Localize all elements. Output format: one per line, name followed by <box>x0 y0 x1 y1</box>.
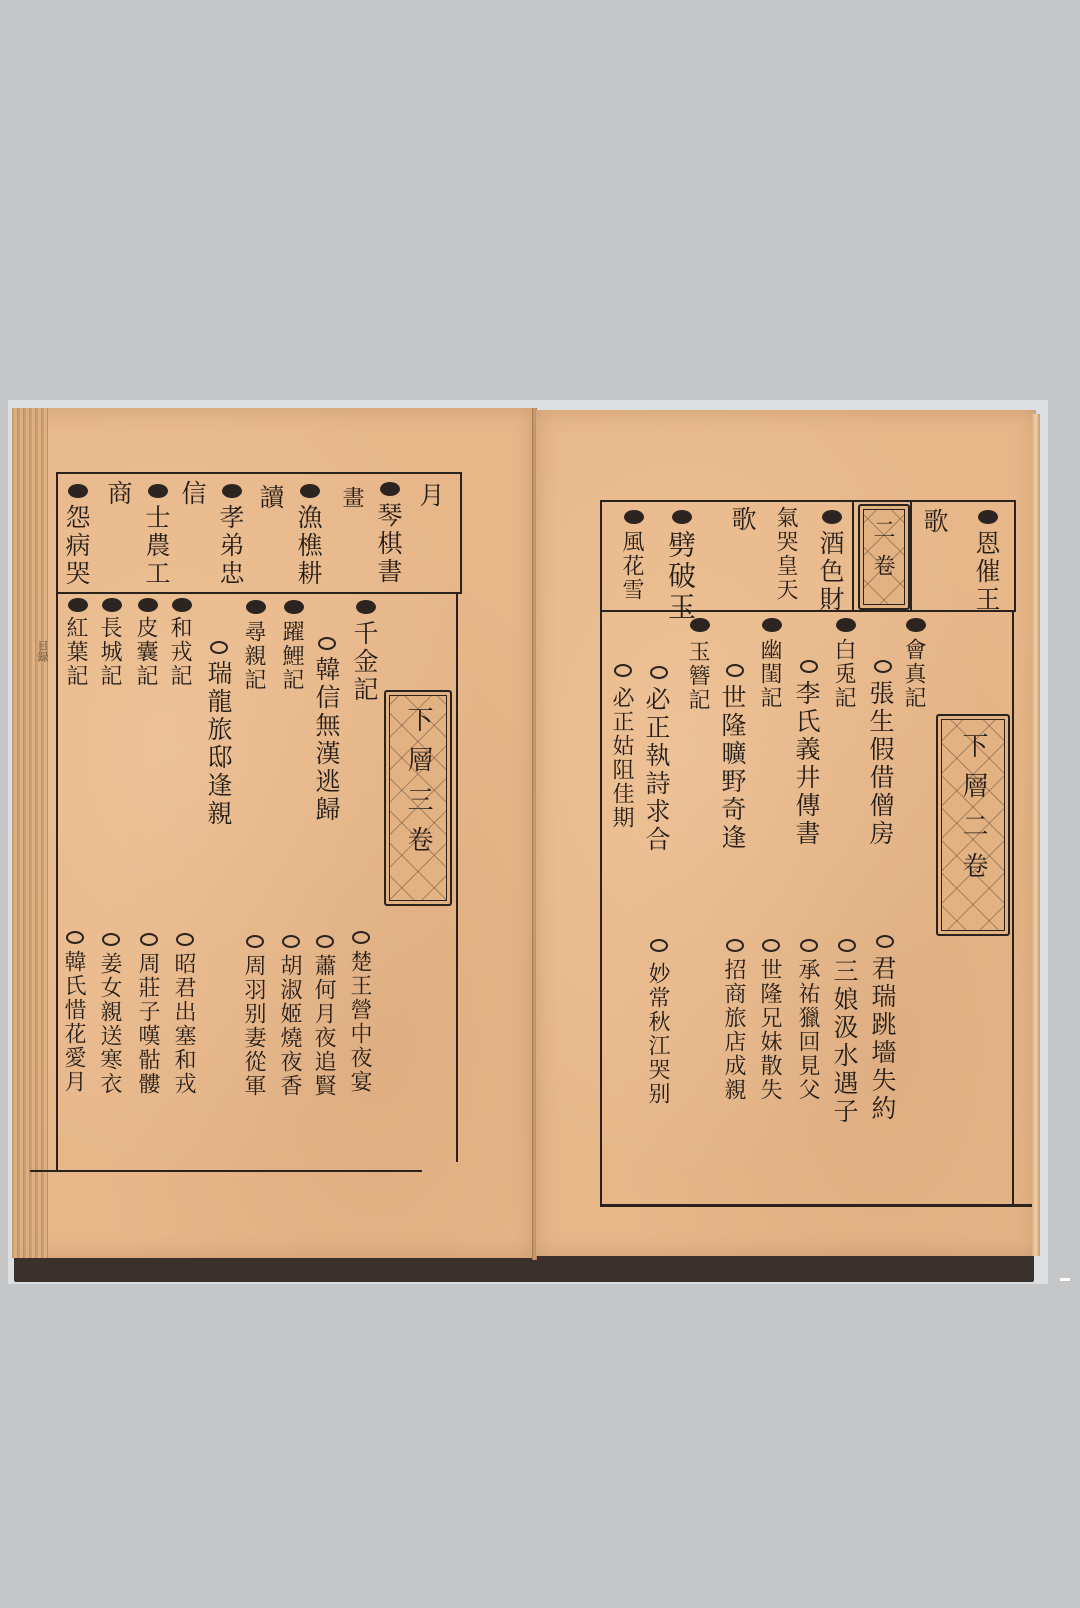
ring-marker <box>352 931 370 944</box>
bullet-marker <box>102 598 122 612</box>
right-low-col-2: 三娘汲水遇子 <box>832 958 857 1126</box>
ring-marker <box>614 664 632 677</box>
right-mid-col-5: 幽閨記 <box>758 638 780 710</box>
bullet-marker <box>906 618 926 632</box>
bullet-marker <box>222 484 242 498</box>
bullet-marker <box>624 510 644 524</box>
left-mid-col-2: 韓信無漢逃歸 <box>314 656 339 824</box>
ring-marker <box>762 939 780 952</box>
left-upper-col-8: 士農工 <box>144 504 169 588</box>
ring-marker <box>246 935 264 948</box>
bullet-marker <box>246 600 266 614</box>
left-low-col-2: 蕭何月夜追賢 <box>312 954 334 1098</box>
bullet-marker <box>836 618 856 632</box>
left-upper-divider <box>56 592 460 594</box>
left-low-col-4: 周羽别妻從軍 <box>242 954 264 1098</box>
ring-marker <box>140 933 158 946</box>
ring-marker <box>800 939 818 952</box>
bullet-marker <box>284 600 304 614</box>
right-page-edge <box>1032 414 1040 1256</box>
ring-marker <box>102 933 120 946</box>
ring-marker <box>874 660 892 673</box>
left-upper-col-6: 孝弟忠 <box>218 504 243 588</box>
ring-marker <box>316 935 334 948</box>
bullet-marker <box>978 510 998 524</box>
left-mid-col-7: 皮囊記 <box>134 616 156 688</box>
cartouche-label: 二卷 <box>871 518 893 590</box>
volume-cartouche-lower-2: 下層二卷 <box>936 714 1010 936</box>
volume-cartouche-lower-3: 下層三卷 <box>384 690 452 906</box>
bullet-marker <box>148 484 168 498</box>
left-upper-col-4: 漁樵耕 <box>296 504 321 588</box>
ring-marker <box>282 935 300 948</box>
left-low-col-1: 楚王營中夜宴 <box>348 950 370 1094</box>
bullet-marker <box>762 618 782 632</box>
bullet-marker <box>172 598 192 612</box>
right-upper-col-6: 劈破玉 <box>666 530 694 623</box>
right-low-col-6: 妙常秋江哭别 <box>646 962 668 1106</box>
right-frame-left-rule <box>600 610 602 1204</box>
bullet-marker <box>68 484 88 498</box>
left-low-col-8: 韓氏惜花愛月 <box>62 950 84 1094</box>
right-mid-col-8: 必正執詩求合 <box>644 686 669 854</box>
cartouche-label: 下層二卷 <box>960 732 986 892</box>
left-upper-col-10: 怨病哭 <box>64 504 89 588</box>
ring-marker <box>726 664 744 677</box>
ring-marker <box>838 939 856 952</box>
right-mid-col-9: 必正姑阻佳期 <box>610 686 632 830</box>
left-upper-col-5: 讀 <box>258 484 283 512</box>
bullet-marker <box>68 598 88 612</box>
ring-marker <box>726 939 744 952</box>
left-low-col-5: 昭君出塞和戎 <box>172 952 194 1096</box>
right-upper-frame <box>600 500 1016 612</box>
scan-edge-mark <box>1060 1278 1070 1281</box>
bullet-marker <box>138 598 158 612</box>
left-upper-col-2: 琴棋書 <box>376 502 401 586</box>
left-mid-col-9: 紅葉記 <box>64 616 86 688</box>
ring-marker <box>650 666 668 679</box>
right-upper-col-1: 恩催王 <box>974 530 999 614</box>
left-upper-col-7: 信 <box>180 480 205 508</box>
left-mid-col-4: 尋親記 <box>242 620 264 692</box>
bullet-marker <box>690 618 710 632</box>
volume-cartouche-upper-2: 二卷 <box>858 504 910 610</box>
right-mid-col-6: 世隆曠野奇逢 <box>720 684 745 852</box>
right-low-col-4: 世隆兄妹散失 <box>758 958 780 1102</box>
left-mid-col-5: 瑞龍旅邸逢親 <box>206 660 231 828</box>
bullet-marker <box>356 600 376 614</box>
left-frame-left-rule <box>56 592 58 1170</box>
left-low-col-3: 胡淑姬燒夜香 <box>278 954 300 1098</box>
right-upper-col-2: 歌 <box>922 508 947 536</box>
right-mid-col-7: 玉簪記 <box>686 640 708 712</box>
left-mid-col-8: 長城記 <box>98 616 120 688</box>
ring-marker <box>318 637 336 650</box>
right-mid-col-2: 張生假借僧房 <box>868 680 893 848</box>
ring-marker <box>66 931 84 944</box>
right-low-col-1: 君瑞跳墻失約 <box>870 955 895 1123</box>
upper-cartouche-rule <box>910 500 912 610</box>
left-mid-col-3: 躍鯉記 <box>280 620 302 692</box>
ring-marker <box>800 660 818 673</box>
right-mid-col-3: 白兎記 <box>832 638 854 710</box>
ring-marker <box>650 939 668 952</box>
ring-marker <box>876 935 894 948</box>
bullet-marker <box>822 510 842 524</box>
right-bottom-rule <box>600 1204 1032 1207</box>
right-upper-col-4: 氣哭皇天 <box>774 506 796 602</box>
right-mid-col-4: 李氏義井傳書 <box>794 680 819 848</box>
left-mid-col-6: 和戎記 <box>168 616 190 688</box>
margin-label: 目録 <box>34 640 50 662</box>
bullet-marker <box>300 484 320 498</box>
right-frame-right-rule <box>1012 610 1014 1204</box>
left-low-col-6: 周莊子嘆骷髏 <box>136 952 158 1096</box>
right-low-col-3: 承祐獵回見父 <box>796 958 818 1102</box>
left-frame-right-rule <box>456 592 458 1162</box>
left-upper-col-9: 商 <box>106 480 131 508</box>
left-upper-col-3: 畫 <box>340 486 362 510</box>
right-mid-col-1: 會真記 <box>902 638 924 710</box>
ring-marker <box>210 641 228 654</box>
cartouche-label: 下層三卷 <box>405 706 431 866</box>
bullet-marker <box>672 510 692 524</box>
right-upper-col-3: 酒色財 <box>818 530 843 614</box>
left-mid-col-1: 千金記 <box>352 620 377 704</box>
upper-cartouche-rule <box>852 500 854 610</box>
page-block-edges <box>12 408 48 1258</box>
right-upper-col-7: 風花雪 <box>620 530 642 602</box>
right-upper-col-5: 歌 <box>730 506 755 534</box>
left-low-col-7: 姜女親送寒衣 <box>98 952 120 1096</box>
left-bottom-rule <box>30 1170 422 1172</box>
ring-marker <box>176 933 194 946</box>
right-low-col-5: 招商旅店成親 <box>722 958 744 1102</box>
bullet-marker <box>380 482 400 496</box>
right-upper-divider <box>600 610 1016 612</box>
left-upper-col-1: 月 <box>418 482 443 510</box>
